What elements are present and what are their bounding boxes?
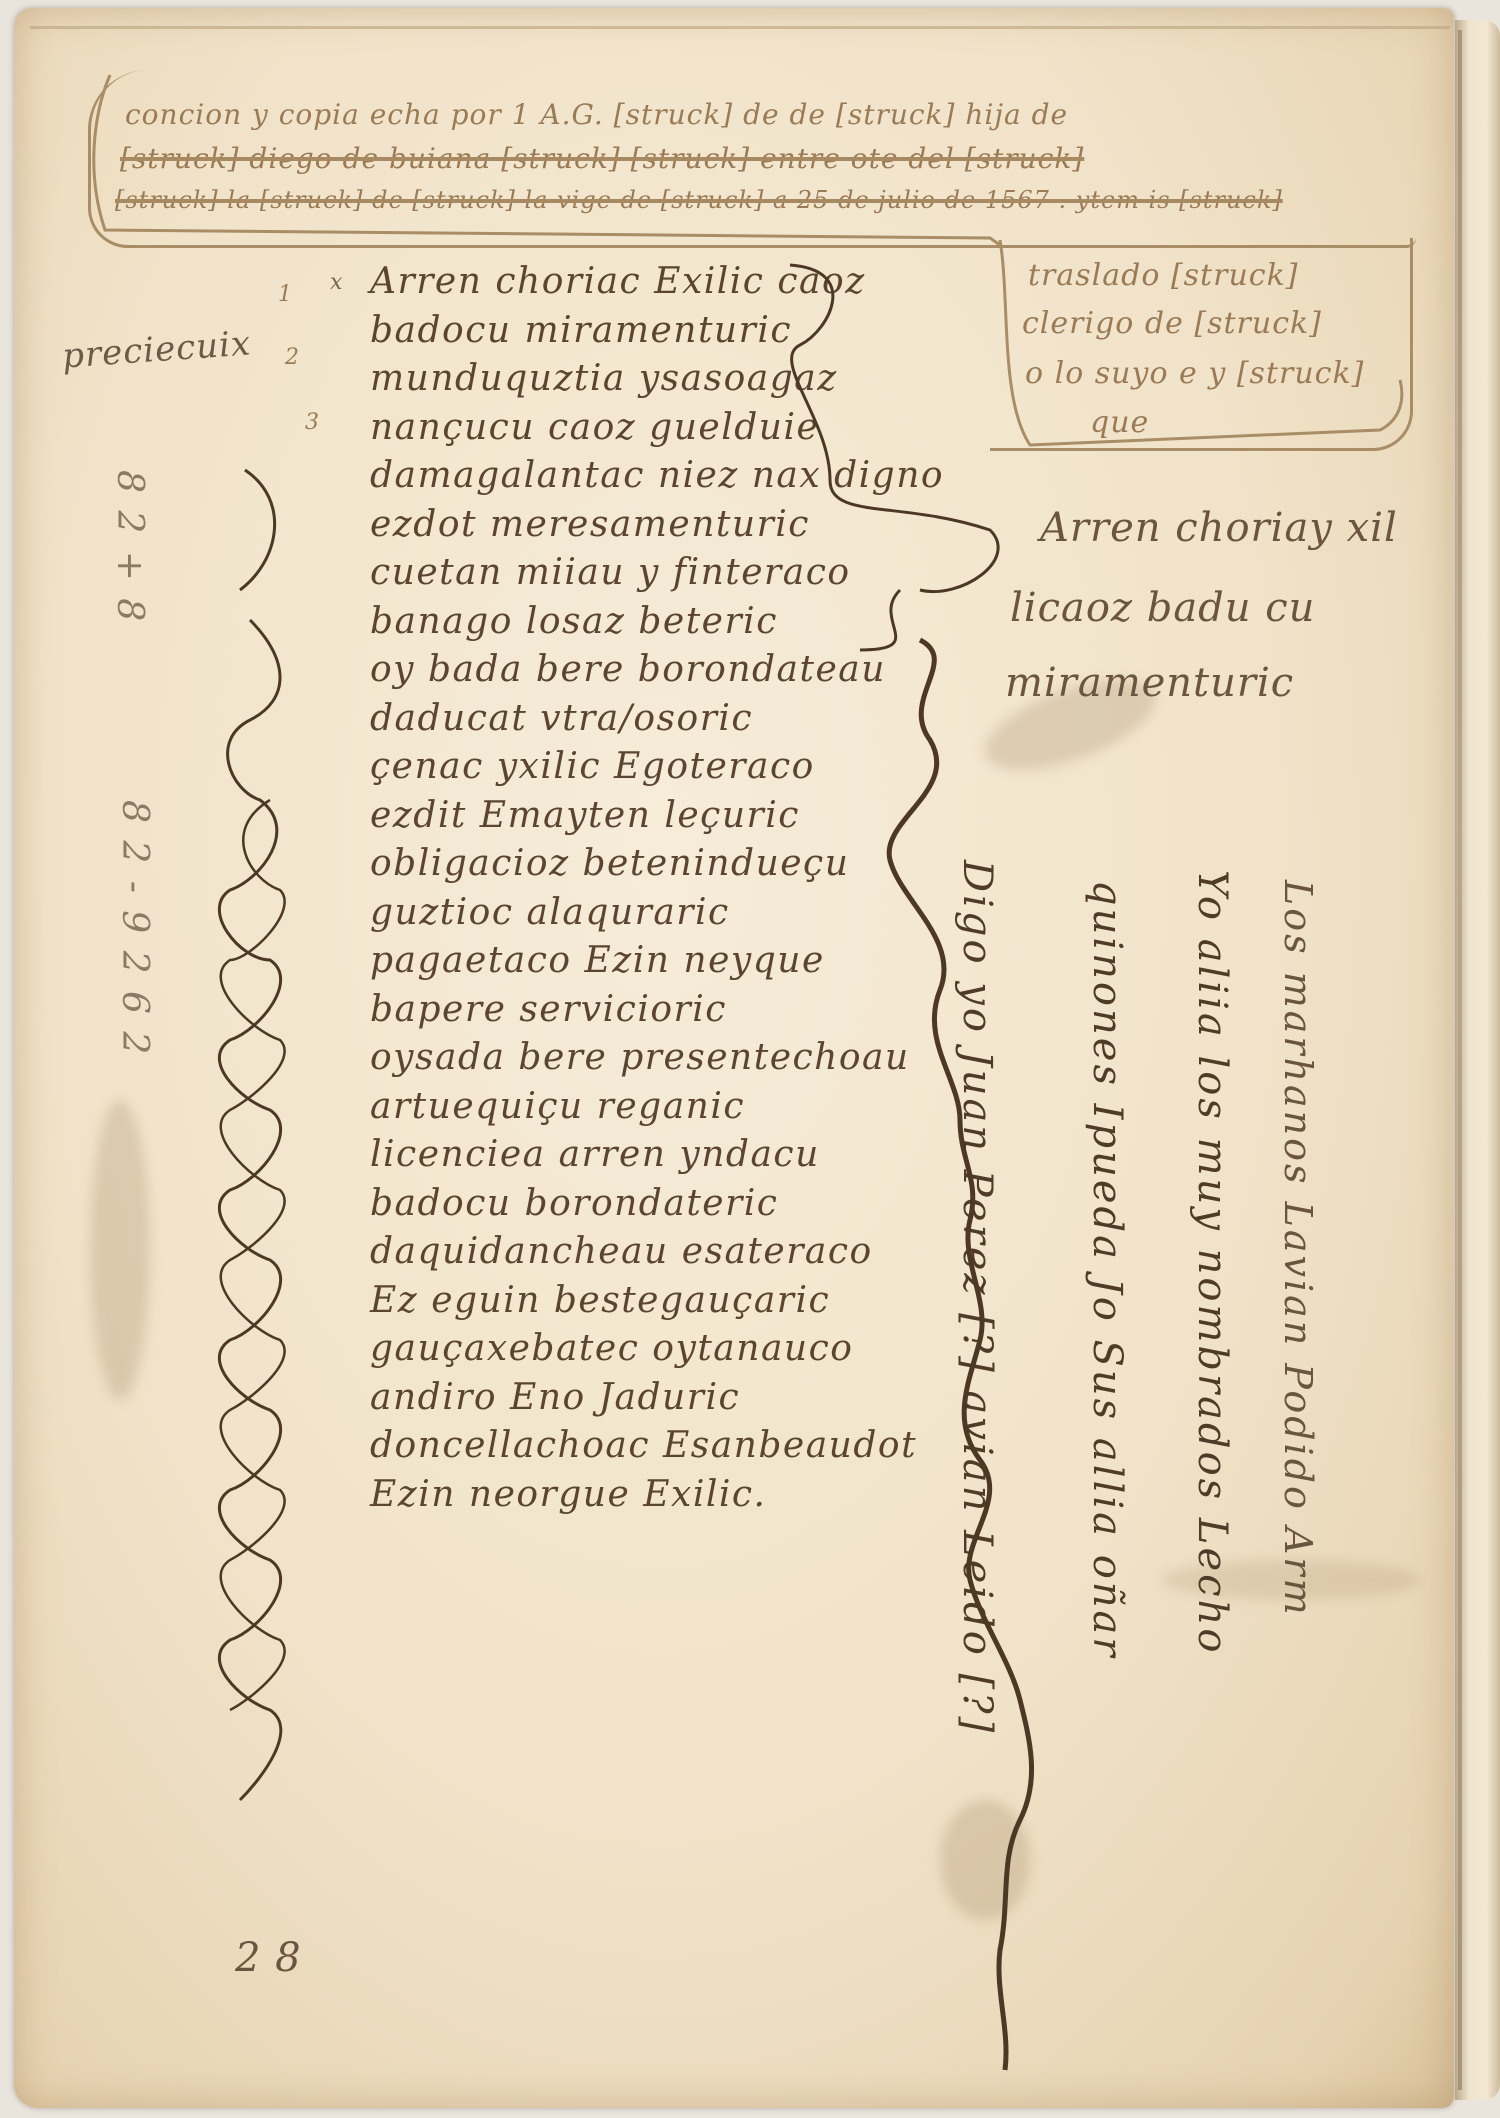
ink-decorations: [0, 0, 1500, 2118]
poem-brace-icon: [790, 265, 998, 650]
right-note-bracket: [1000, 240, 1402, 445]
header-bracket-curve: [94, 75, 1000, 245]
wavy-divider-line: [889, 640, 1031, 2070]
